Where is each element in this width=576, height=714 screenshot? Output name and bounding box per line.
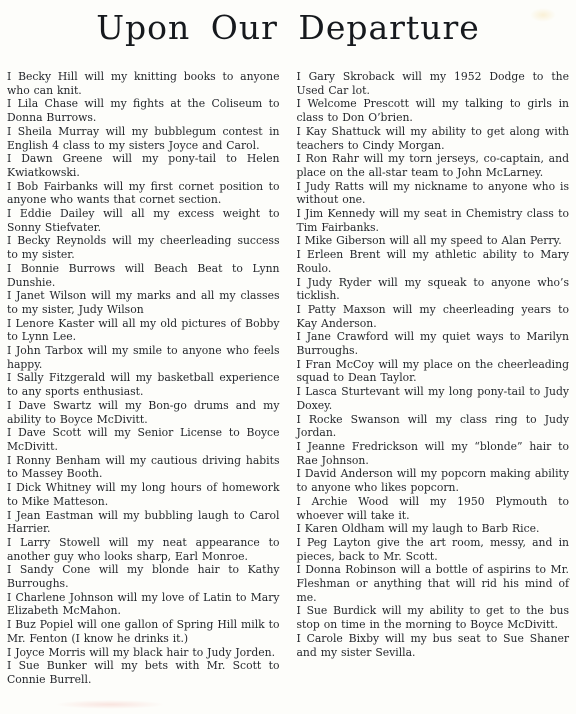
will-entry: I Janet Wilson will my marks and all my … — [7, 289, 280, 316]
will-entry: I Bob Fairbanks will my first cornet pos… — [7, 180, 280, 207]
will-entry: I Dick Whitney will my long hours of hom… — [7, 481, 280, 508]
will-entry: I Ron Rahr will my torn jerseys, co-capt… — [297, 152, 570, 179]
will-entry: I Jeanne Fredrickson will my “blonde” ha… — [297, 440, 570, 467]
will-entry: I Welcome Prescott will my talking to gi… — [297, 97, 570, 124]
will-entry: I Becky Hill will my knitting books to a… — [7, 70, 280, 97]
will-entry: I Kay Shattuck will my ability to get al… — [297, 125, 570, 152]
will-entry: I Eddie Dailey will all my excess weight… — [7, 207, 280, 234]
will-entry: I Carole Bixby will my bus seat to Sue S… — [297, 632, 570, 659]
will-entry: I Peg Layton give the art room, messy, a… — [297, 536, 570, 563]
will-entry: I Sheila Murray will my bubblegum contes… — [7, 125, 280, 152]
page-title: Upon Our Departure — [7, 6, 569, 50]
will-entry: I Becky Reynolds will my cheerleading su… — [7, 234, 280, 261]
left-column: I Becky Hill will my knitting books to a… — [7, 70, 280, 687]
will-entry: I Joyce Morris will my black hair to Jud… — [7, 646, 280, 660]
will-entry: I Jean Eastman will my bubbling laugh to… — [7, 509, 280, 536]
will-entry: I Buz Popiel will one gallon of Spring H… — [7, 618, 280, 645]
will-entry: I David Anderson will my popcorn making … — [297, 467, 570, 494]
will-entry: I Erleen Brent will my athletic ability … — [297, 248, 570, 275]
will-entry: I Dave Scott will my Senior License to B… — [7, 426, 280, 453]
text-columns: I Becky Hill will my knitting books to a… — [7, 70, 569, 687]
will-entry: I Gary Skroback will my 1952 Dodge to th… — [297, 70, 570, 97]
will-entry: I Dave Swartz will my Bon-go drums and m… — [7, 399, 280, 426]
will-entry: I Sally Fitzgerald will my basketball ex… — [7, 371, 280, 398]
will-entry: I Bonnie Burrows will Beach Beat to Lynn… — [7, 262, 280, 289]
will-entry: I Judy Ratts will my nickname to anyone … — [297, 180, 570, 207]
right-column: I Gary Skroback will my 1952 Dodge to th… — [297, 70, 570, 687]
will-entry: I Ronny Benham will my cautious driving … — [7, 454, 280, 481]
will-entry: I Archie Wood will my 1950 Plymouth to w… — [297, 495, 570, 522]
will-entry: I Lenore Kaster will all my old pictures… — [7, 317, 280, 344]
will-entry: I Mike Giberson will all my speed to Ala… — [297, 234, 570, 248]
will-entry: I Patty Maxson will my cheerleading year… — [297, 303, 570, 330]
will-entry: I Charlene Johnson will my love of Latin… — [7, 591, 280, 618]
will-entry: I Sue Bunker will my bets with Mr. Scott… — [7, 659, 280, 686]
will-entry: I Fran McCoy will my place on the cheerl… — [297, 358, 570, 385]
will-entry: I Lila Chase will my fights at the Colis… — [7, 97, 280, 124]
will-entry: I Lasca Sturtevant will my long pony-tai… — [297, 385, 570, 412]
will-entry: I Sue Burdick will my ability to get to … — [297, 604, 570, 631]
will-entry: I Jim Kennedy will my seat in Chemistry … — [297, 207, 570, 234]
will-entry: I Dawn Greene will my pony-tail to Helen… — [7, 152, 280, 179]
scan-smudge — [55, 700, 165, 709]
will-entry: I Judy Ryder will my squeak to anyone wh… — [297, 276, 570, 303]
will-entry: I Karen Oldham will my laugh to Barb Ric… — [297, 522, 570, 536]
will-entry: I Sandy Cone will my blonde hair to Kath… — [7, 563, 280, 590]
yearbook-wills-page: Upon Our Departure I Becky Hill will my … — [0, 0, 576, 714]
will-entry: I Donna Robinson will a bottle of aspiri… — [297, 563, 570, 604]
will-entry: I Jane Crawford will my quiet ways to Ma… — [297, 330, 570, 357]
will-entry: I John Tarbox will my smile to anyone wh… — [7, 344, 280, 371]
will-entry: I Larry Stowell will my neat appearance … — [7, 536, 280, 563]
will-entry: I Rocke Swanson will my class ring to Ju… — [297, 413, 570, 440]
